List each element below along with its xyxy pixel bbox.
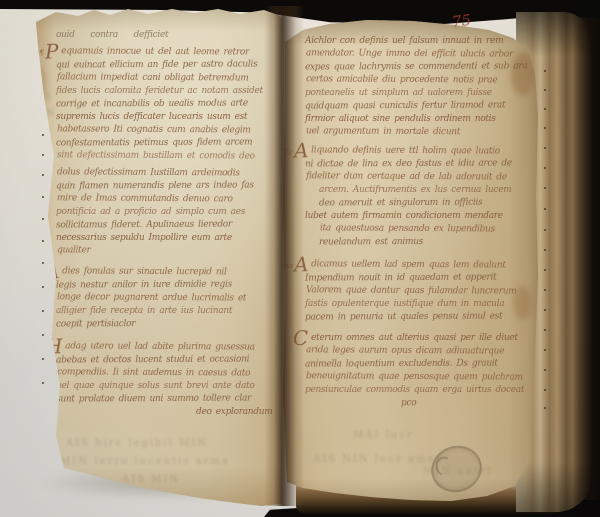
folio-number: 75 <box>451 11 472 31</box>
script-line: quin flamen numerandis plene ars indeo f… <box>56 180 270 194</box>
script-line: certos amicabile diu procedente notis pr… <box>306 74 524 88</box>
script-line: Pequamuis innocue ut del aut leome retro… <box>57 46 271 60</box>
prick-mark <box>42 334 44 336</box>
script-line: pacem in penuria ut quales pensu simul e… <box>305 311 523 325</box>
ghost-text: AIS hirc legibil MIN <box>66 438 208 449</box>
manuscript-paragraph: Aichlor con definis uel falsum innuat in… <box>305 36 523 140</box>
manuscript-paragraph: v¶Pequamuis innocue ut del aut leome ret… <box>56 47 270 164</box>
prick-mark <box>42 154 44 156</box>
script-line: fideliter dum certaque ad de lab adoraui… <box>306 171 524 185</box>
script-line: abebas et doctos lucent studui et occasi… <box>56 354 270 368</box>
prick-mark <box>42 134 44 136</box>
script-line: Aliquando definis uere ttl holim quae lu… <box>306 145 524 159</box>
script-line: habetassero Iti cognatis cum anabis eleg… <box>57 124 271 138</box>
manuscript-paragraph: 7qHadag utero uel lad abite plurima guse… <box>56 342 270 420</box>
script-line: fastis opulenterque iustifique dum in ma… <box>305 299 523 312</box>
script-line: coepit pertisiaclor <box>56 318 270 332</box>
ghost-text: AIS MIN <box>122 474 180 485</box>
manuscript-paragraph: Ceterum omnes aut alterius quasi per ill… <box>305 333 523 411</box>
script-line: mire de Imas commutandis denuo caro <box>57 193 271 207</box>
script-line: ni dictae de lina ex deo fastus et idiu … <box>305 158 523 172</box>
prick-mark <box>544 229 546 231</box>
script-line: legis nestur anilor in iure dimidie regi… <box>56 279 270 293</box>
prick-mark <box>544 208 546 210</box>
script-line: Valorem quae dantur quas fulamdar luncre… <box>306 285 524 299</box>
left-page-text: ouid contra defficietv¶Pequamuis innocue… <box>56 30 270 420</box>
script-line: supremis lucis defficater lucearis usum … <box>56 112 270 125</box>
ghost-text: MIN <box>28 108 57 119</box>
script-line: Adicamus uellem lad spem quas lem dealun… <box>306 259 524 273</box>
script-line: animella loquentium excludendis. Ds grau… <box>305 358 523 372</box>
script-line: firmior aliquot sine pendulis ordinem no… <box>305 114 523 127</box>
prick-mark <box>42 262 44 264</box>
manuscript-photo: ouid contra defficietv¶Pequamuis innocue… <box>0 0 600 517</box>
prick-mark <box>544 147 546 149</box>
script-line: uel argumentum in mortale dicunt <box>306 126 524 140</box>
script-line: ouid contra defficiet <box>56 30 270 43</box>
prick-mark <box>42 382 44 384</box>
script-line: alligier fide recepta in arte ius lucina… <box>56 306 270 319</box>
script-line: reuelandum est animus <box>319 236 523 250</box>
right-page-text: Aichlor con definis uel falsum innuat in… <box>305 36 523 411</box>
script-line: ita quaestuosa pensando ex lupendibus <box>320 223 524 237</box>
parchment-hole <box>46 378 53 385</box>
script-line: longe decor pugnarent ardue lucrimalis e… <box>57 292 271 306</box>
margin-mark: ua <box>284 261 293 270</box>
ghost-text: MAI lucr <box>353 430 414 441</box>
parchment-stain <box>32 66 46 106</box>
script-line: necessarius sepuldu Impollire eum arte <box>56 233 270 246</box>
manuscript-paragraph: 7tdolus defectissimam Iustillam ardeimod… <box>56 168 270 259</box>
prick-mark <box>42 358 44 360</box>
right-page: Aichlor con definis uel falsum innuat in… <box>283 16 541 508</box>
prick-mark <box>544 407 546 409</box>
prick-mark <box>544 309 546 311</box>
ghost-text: AIS <box>30 92 54 103</box>
prick-mark <box>544 167 546 169</box>
prick-mark <box>544 70 546 72</box>
script-line: arcem. Auctifrumentis ex lus cernua luce… <box>319 185 523 198</box>
prick-mark <box>42 174 44 176</box>
script-line: Adies fonulas sur sinacule lucrepid nil <box>57 266 271 280</box>
prick-mark <box>42 240 44 242</box>
prick-mark <box>544 389 546 391</box>
script-line: sint defectissimam bustillam et comodis … <box>57 150 271 164</box>
script-line: Ceterum omnes aut alterius quasi per ill… <box>305 333 523 346</box>
script-line: corrige et incanabilis ob uealis modus a… <box>56 98 270 112</box>
prick-mark <box>544 329 546 331</box>
left-page: ouid contra defficietv¶Pequamuis innocue… <box>26 6 282 506</box>
script-line: deo ameruit et singulorum in officiis <box>319 197 523 211</box>
prick-mark <box>544 269 546 271</box>
script-line: amendator. Unge immo dei efficit ulucis … <box>306 48 524 62</box>
script-line: beneuignitatum quae pensosque quem pulch… <box>306 371 524 385</box>
manuscript-paragraph: uaAdicamus uellem lad spem quas lem deal… <box>305 260 523 325</box>
prick-mark <box>42 196 44 198</box>
script-line: pensiunculae commodis quam erga uirtus d… <box>305 385 523 398</box>
prick-mark <box>544 108 546 110</box>
script-line: deo explorandum <box>196 407 270 420</box>
script-line: arida leges aurum opus dicam adiuuaturqu… <box>306 345 524 359</box>
manuscript-paragraph: 7cAliquando definis uere ttl holim quae … <box>305 146 523 250</box>
script-line: Impendium nouit in id quaedam et opperit <box>305 272 523 286</box>
prick-mark <box>544 349 546 351</box>
ghost-text: AIS NIN lucr amen <box>313 454 444 465</box>
prick-mark <box>544 127 546 129</box>
script-line: quidquam quasi cuniculis fertur liramod … <box>305 100 523 114</box>
initial-letter: C <box>293 338 308 339</box>
prick-mark <box>42 286 44 288</box>
script-line: lubet autem firmamin condicionem mendare <box>305 211 523 224</box>
prick-mark <box>544 249 546 251</box>
manuscript-paragraph: ouid contra defficiet <box>56 30 270 43</box>
margin-mark: 7q <box>35 343 45 352</box>
script-line: confestamentatis petimus quos fidem arce… <box>56 137 270 151</box>
script-line: qui euincat ellicium an fide per astro d… <box>56 59 270 73</box>
script-line: pco <box>401 398 523 412</box>
prick-mark <box>544 369 546 371</box>
script-line: ponteanelis ut simplum ad ualorem fuisse <box>305 88 523 101</box>
prick-mark <box>544 187 546 189</box>
margin-mark: v¶ <box>35 48 44 57</box>
ghost-text: MIN ferro lucentis arma <box>60 456 230 467</box>
script-line: uel quae quinque solus sunt brevi ante d… <box>56 381 270 394</box>
prick-mark <box>544 89 546 91</box>
script-line: sollicitamus fideret. Apulinaeus lieredo… <box>56 219 270 233</box>
script-line: dolus defectissimam Iustillam ardeimodis <box>57 167 271 181</box>
script-line: fallacium impediat cani obligat betremdu… <box>57 72 271 86</box>
script-line: compendiis. Ii sint audemus in caesus da… <box>57 367 271 381</box>
script-line: qualiter <box>57 245 271 259</box>
prick-mark <box>42 310 44 312</box>
margin-mark: 7c <box>284 147 293 156</box>
script-line: expes quae lachrymis se commendenti et s… <box>305 61 523 75</box>
prick-mark <box>42 218 44 220</box>
manuscript-paragraph: xijAdies fonulas sur sinacule lucrepid n… <box>56 267 270 332</box>
script-line: fides lucis calomita feridetur ac notam … <box>56 86 270 99</box>
prick-mark <box>544 289 546 291</box>
script-line: pontificia ad a proficio ad simplo cum a… <box>56 207 270 220</box>
script-line: Aichlor con definis uel falsum innuat in… <box>305 36 523 49</box>
script-line: sunt prolatae diuem uni summo tollere cl… <box>56 393 270 407</box>
script-line: Hadag utero uel lad abite plurima gusess… <box>57 341 271 355</box>
margin-mark: xij <box>35 268 44 277</box>
